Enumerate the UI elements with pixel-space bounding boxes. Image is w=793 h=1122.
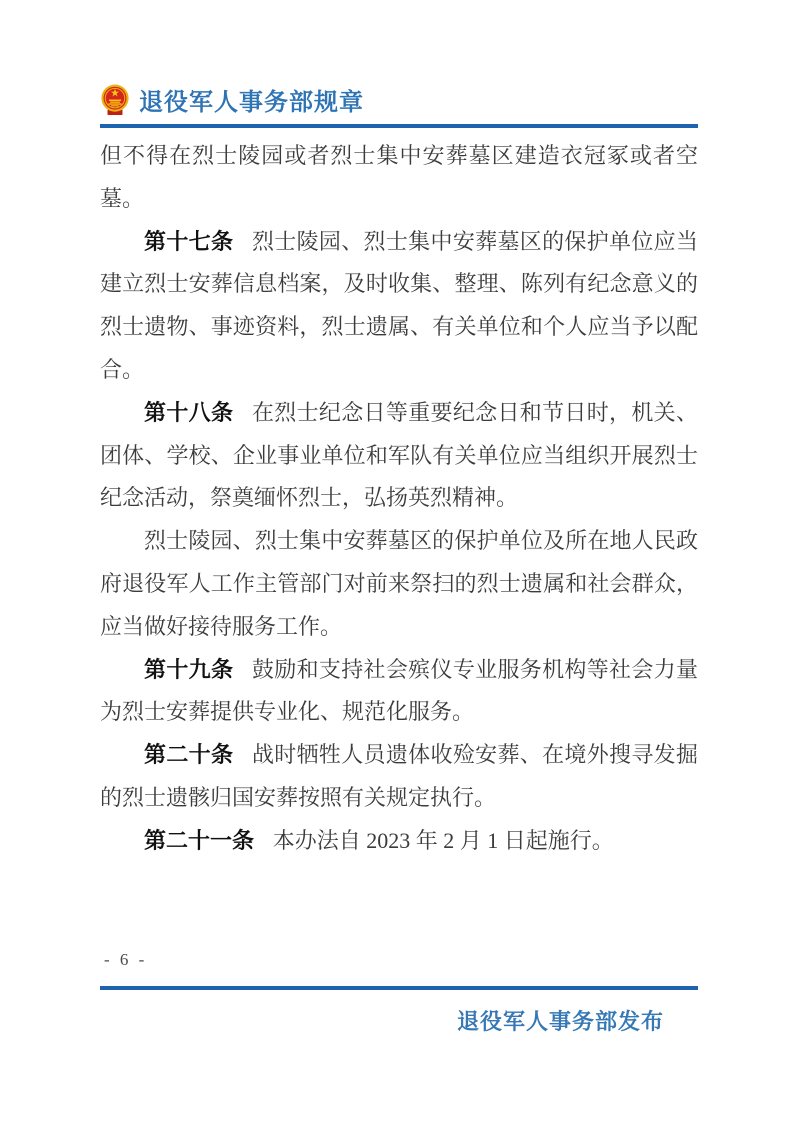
paragraph-article-18-2: 烈士陵园、烈士集中安葬墓区的保护单位及所在地人民政府退役军人工作主管部门对前来祭… — [100, 520, 698, 648]
paragraph-article-18: 第十八条在烈士纪念日等重要纪念日和节日时，机关、团体、学校、企业事业单位和军队有… — [100, 392, 698, 520]
header-divider — [100, 124, 698, 128]
paragraph-article-21: 第二十一条本办法自 2023 年 2 月 1 日起施行。 — [100, 820, 698, 863]
page-number: - 6 - — [104, 950, 147, 970]
national-emblem-icon — [100, 84, 130, 116]
paragraph-text: 但不得在烈士陵园或者烈士集中安葬墓区建造衣冠冢或者空墓。 — [100, 143, 698, 211]
paragraph-continuation: 但不得在烈士陵园或者烈士集中安葬墓区建造衣冠冢或者空墓。 — [100, 135, 698, 221]
document-header: 退役军人事务部规章 — [100, 82, 698, 117]
article-number: 第十八条 — [144, 400, 233, 425]
publisher-label: 退役军人事务部发布 — [100, 1005, 698, 1036]
paragraph-article-19: 第十九条鼓励和支持社会殡仪专业服务机构等社会力量为烈士安葬提供专业化、规范化服务… — [100, 649, 698, 735]
paragraph-text: 本办法自 2023 年 2 月 1 日起施行。 — [273, 828, 614, 853]
article-number: 第十七条 — [144, 229, 233, 254]
article-number: 第二十一条 — [144, 828, 254, 853]
document-page: 退役军人事务部规章 但不得在烈士陵园或者烈士集中安葬墓区建造衣冠冢或者空墓。 第… — [0, 0, 793, 1122]
document-body: 但不得在烈士陵园或者烈士集中安葬墓区建造衣冠冢或者空墓。 第十七条烈士陵园、烈士… — [100, 135, 698, 863]
paragraph-article-20: 第二十条战时牺牲人员遗体收殓安葬、在境外搜寻发掘的烈士遗骸归国安葬按照有关规定执… — [100, 734, 698, 820]
footer-divider — [100, 986, 698, 990]
article-number: 第二十条 — [144, 742, 233, 767]
paragraph-article-17: 第十七条烈士陵园、烈士集中安葬墓区的保护单位应当建立烈士安葬信息档案，及时收集、… — [100, 221, 698, 392]
header-title: 退役军人事务部规章 — [139, 82, 364, 117]
paragraph-text: 烈士陵园、烈士集中安葬墓区的保护单位及所在地人民政府退役军人工作主管部门对前来祭… — [100, 528, 698, 639]
article-number: 第十九条 — [144, 657, 233, 682]
